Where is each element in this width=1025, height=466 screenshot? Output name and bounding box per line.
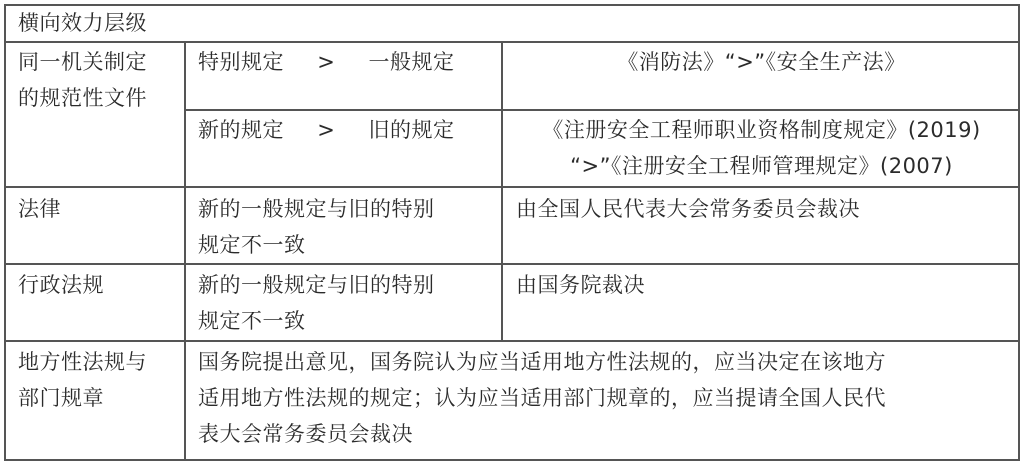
example-text: 《注册安全工程师职业资格制度规定》(2019) xyxy=(503,112,1020,148)
divider xyxy=(4,340,1020,342)
result-text: 适用地方性法规的规定；认为应当适用部门规章的，应当提请全国人民代 xyxy=(198,380,886,416)
example-text: “>”《注册安全工程师管理规定》(2007) xyxy=(503,148,1020,184)
result-text: 国务院提出意见，国务院认为应当适用地方性法规的，应当决定在该地方 xyxy=(198,344,886,380)
rule-text: 新的一般规定与旧的特别 xyxy=(198,267,435,303)
rule-text: 新的一般规定与旧的特别 xyxy=(198,191,435,227)
rule-text: 规定不一致 xyxy=(198,303,306,339)
rule-right: 一般规定 xyxy=(368,50,454,74)
example-text: 《消防法》“>”《安全生产法》 xyxy=(503,44,1020,80)
divider xyxy=(184,41,186,461)
rule-left: 新的规定 xyxy=(198,118,284,142)
table-title: 横向效力层级 xyxy=(18,5,147,41)
gt-symbol: > xyxy=(317,50,335,74)
category-label: 法律 xyxy=(18,191,61,227)
category-label: 行政法规 xyxy=(18,267,104,303)
divider xyxy=(185,109,1020,111)
divider xyxy=(501,41,503,341)
divider xyxy=(4,186,1020,188)
result-text: 由国务院裁决 xyxy=(516,267,645,303)
rule-new-vs-old: 新的规定 > 旧的规定 xyxy=(198,112,454,148)
rule-text: 规定不一致 xyxy=(198,227,306,263)
category-label: 地方性法规与 xyxy=(18,344,147,380)
rule-left: 特别规定 xyxy=(198,50,284,74)
gt-symbol: > xyxy=(317,118,335,142)
rule-special-vs-general: 特别规定 > 一般规定 xyxy=(198,44,454,80)
category-label: 同一机关制定 xyxy=(18,44,147,80)
rule-right: 旧的规定 xyxy=(368,118,454,142)
category-label: 部门规章 xyxy=(18,380,104,416)
divider xyxy=(4,41,1020,43)
category-label: 的规范性文件 xyxy=(18,80,147,116)
result-text: 表大会常务委员会裁决 xyxy=(198,416,413,452)
divider xyxy=(4,263,1020,265)
result-text: 由全国人民代表大会常务委员会裁决 xyxy=(516,191,860,227)
